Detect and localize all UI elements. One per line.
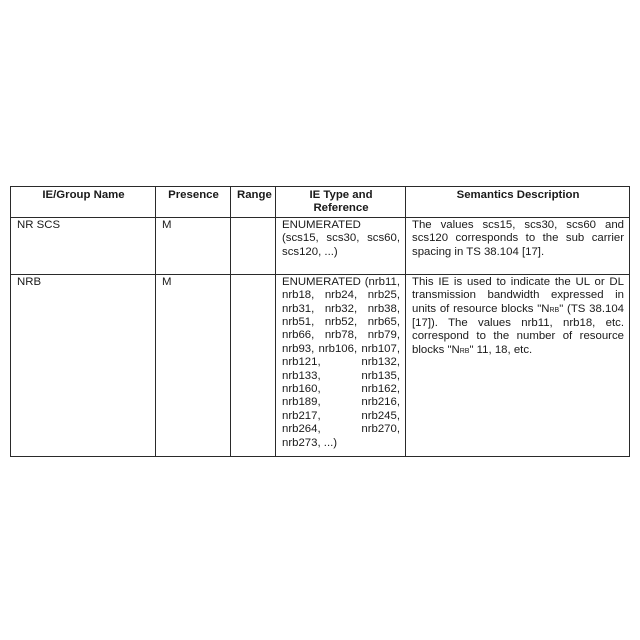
header-ie-group-name: IE/Group Name (11, 187, 156, 218)
cell-presence: M (156, 274, 231, 456)
subscript-rb: RB (460, 348, 470, 355)
header-semantics-description: Semantics Description (406, 187, 630, 218)
header-range: Range (231, 187, 276, 218)
table-header-row: IE/Group Name Presence Range IE Type and… (11, 187, 630, 218)
semantics-text: " 11, 18, etc. (469, 344, 532, 356)
header-ie-type-reference: IE Type and Reference (276, 187, 406, 218)
ie-definition-table: IE/Group Name Presence Range IE Type and… (10, 186, 630, 457)
cell-presence: M (156, 217, 231, 274)
cell-range (231, 274, 276, 456)
cell-ie-type: ENUMERATED (scs15, scs30, scs60, scs120,… (276, 217, 406, 274)
table-row: NR SCS M ENUMERATED (scs15, scs30, scs60… (11, 217, 630, 274)
cell-ie-name: NR SCS (11, 217, 156, 274)
cell-ie-name: NRB (11, 274, 156, 456)
cell-ie-type: ENUMERATED (nrb11, nrb18, nrb24, nrb25, … (276, 274, 406, 456)
header-presence: Presence (156, 187, 231, 218)
cell-semantics: The values scs15, scs30, scs60 and scs12… (406, 217, 630, 274)
subscript-rb: RB (550, 307, 560, 314)
cell-range (231, 217, 276, 274)
cell-semantics: This IE is used to indicate the UL or DL… (406, 274, 630, 456)
table-row: NRB M ENUMERATED (nrb11, nrb18, nrb24, n… (11, 274, 630, 456)
